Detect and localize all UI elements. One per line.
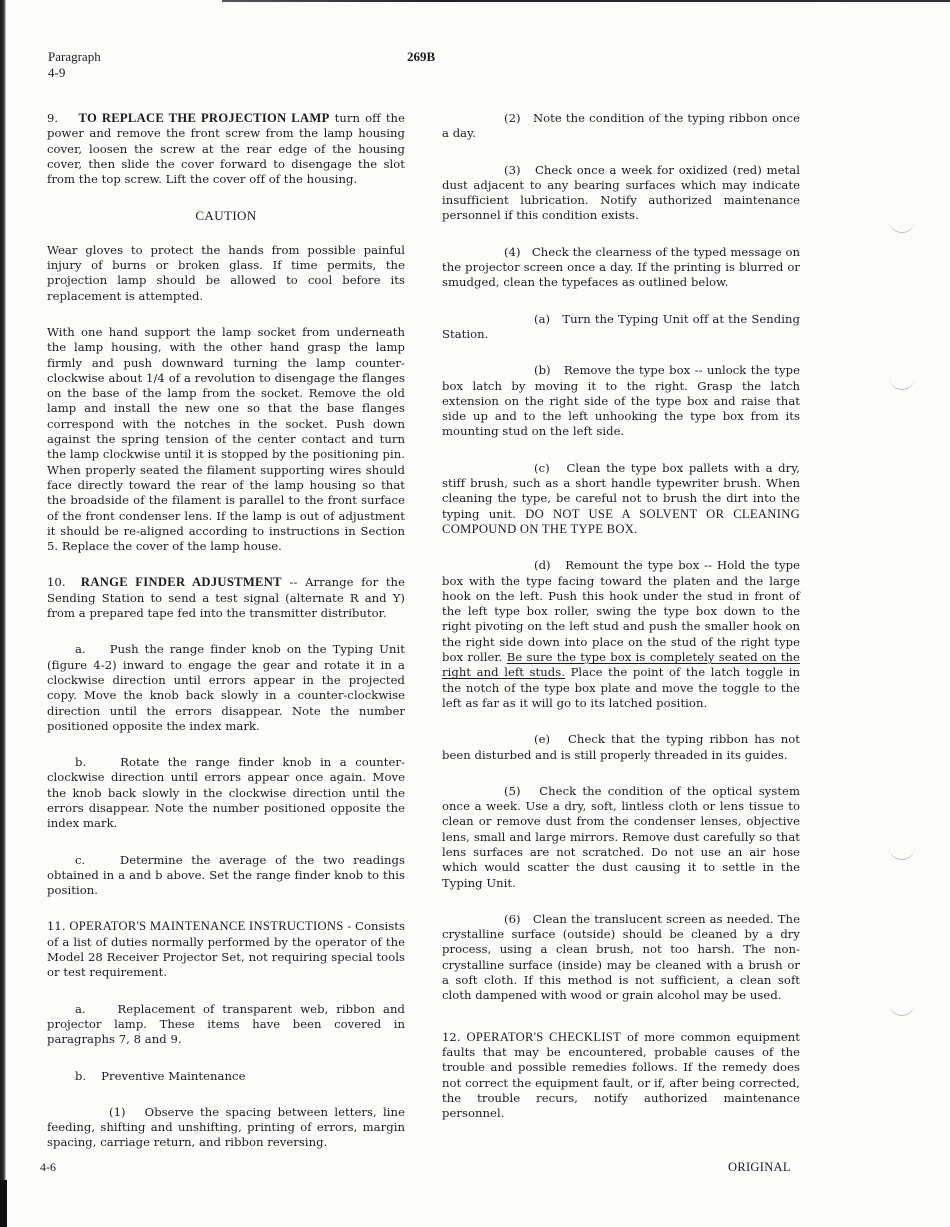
section-title: OPERATOR'S CHECKLIST [466, 1030, 621, 1044]
item-label: (2) [504, 111, 521, 125]
edition-label: ORIGINAL [728, 1160, 791, 1175]
item-text: Check the condition of the optical syste… [442, 784, 800, 890]
item-b4a: (a) Turn the Typing Unit off at the Send… [442, 312, 800, 343]
caution-heading: CAUTION [47, 208, 405, 223]
item-label: (4) [504, 245, 521, 259]
item-text: Push the range finder knob on the Typing… [47, 642, 405, 732]
paragraph-number: 9. [47, 111, 58, 125]
paragraph-11b: b. Preventive Maintenance [47, 1069, 405, 1084]
item-b4c: (c) Clean the type box pallets with a dr… [442, 461, 800, 537]
item-b4b: (b) Remove the type box -- unlock the ty… [442, 363, 800, 439]
item-label: (e) [534, 732, 550, 746]
paragraph-number: 10. [47, 575, 66, 589]
item-label: (6) [504, 912, 521, 926]
section-title: TO REPLACE THE PROJECTION LAMP [78, 111, 329, 125]
item-text: Check that the typing ribbon has not bee… [442, 732, 800, 761]
binder-hole-mark [889, 377, 915, 390]
scan-edge-top [222, 0, 950, 2]
item-text: Determine the average of the two reading… [47, 853, 405, 898]
item-label: (a) [534, 312, 550, 326]
item-b4e: (e) Check that the typing ribbon has not… [442, 732, 800, 763]
item-text: Rotate the range finder knob in a counte… [47, 755, 405, 830]
item-b6: (6) Clean the translucent screen as need… [442, 912, 800, 1004]
paragraph-11b1: (1) Observe the spacing between letters,… [47, 1105, 405, 1151]
paragraph-10c: c. Determine the average of the two read… [47, 853, 405, 899]
paragraph-12: 12. OPERATOR'S CHECKLIST of more common … [442, 1030, 800, 1122]
paragraph-11: 11. OPERATOR'S MAINTENANCE INSTRUCTIONS … [47, 919, 405, 980]
binder-hole-mark [889, 847, 915, 860]
scan-edge-left [0, 0, 6, 1227]
item-b2: (2) Note the condition of the typing rib… [442, 111, 800, 142]
item-b4d: (d) Remount the type box -- Hold the typ… [442, 558, 800, 711]
scan-edge-left-bottom [0, 1180, 7, 1227]
paragraph-number: 11. [47, 919, 66, 933]
item-label: (d) [534, 558, 551, 572]
item-label: (1) [109, 1105, 126, 1119]
item-text: Preventive Maintenance [101, 1069, 245, 1083]
item-label: (c) [534, 461, 550, 475]
item-text: Replacement of transparent web, ribbon a… [47, 1002, 405, 1047]
caution-text: Wear gloves to protect the hands from po… [47, 243, 405, 304]
header-label: Paragraph [48, 49, 101, 65]
item-text: Note the condition of the typing ribbon … [442, 111, 800, 140]
item-text: Remount the type box -- Hold the type bo… [442, 558, 800, 664]
page-number: 4-6 [40, 1160, 56, 1175]
item-label: (5) [504, 784, 521, 798]
paragraph-9: 9. TO REPLACE THE PROJECTION LAMP turn o… [47, 111, 405, 187]
item-label: (b) [534, 363, 551, 377]
paragraph-11a: a. Replacement of transparent web, ribbo… [47, 1002, 405, 1048]
item-label: b. [75, 755, 86, 769]
item-text: Clean the translucent screen as needed. … [442, 912, 800, 1002]
item-text: Check the clearness of the typed message… [442, 245, 800, 290]
item-label: a. [75, 1002, 86, 1016]
item-text: Remove the type box -- unlock the type b… [442, 363, 800, 438]
item-b3: (3) Check once a week for oxidized (red)… [442, 163, 800, 224]
paragraph-number: 12. [442, 1030, 461, 1044]
paragraph-10b: b. Rotate the range finder knob in a cou… [47, 755, 405, 831]
paragraph-10: 10. RANGE FINDER ADJUSTMENT -- Arrange f… [47, 575, 405, 621]
paragraph-10a: a. Push the range finder knob on the Typ… [47, 642, 405, 734]
item-b5: (5) Check the condition of the optical s… [442, 784, 800, 891]
page-header-paragraph: Paragraph 4-9 [48, 49, 101, 81]
binder-hole-mark [889, 1003, 915, 1016]
item-b4: (4) Check the clearness of the typed mes… [442, 245, 800, 291]
section-title: OPERATOR'S MAINTENANCE INSTRUCTIONS [69, 919, 343, 933]
item-label: c. [75, 853, 85, 867]
item-label: (3) [504, 163, 521, 177]
item-label: a. [75, 642, 86, 656]
right-column: (2) Note the condition of the typing rib… [442, 111, 800, 1142]
lamp-install-text: With one hand support the lamp socket fr… [47, 325, 405, 554]
left-column: 9. TO REPLACE THE PROJECTION LAMP turn o… [47, 111, 405, 1172]
header-paragraph-range: 4-9 [48, 65, 101, 81]
document-number: 269B [407, 49, 435, 65]
item-text: Turn the Typing Unit off at the Sending … [442, 312, 800, 341]
item-text: Observe the spacing between letters, lin… [47, 1105, 405, 1150]
binder-hole-mark [889, 220, 915, 233]
item-label: b. [75, 1069, 86, 1083]
section-title: RANGE FINDER ADJUSTMENT [81, 575, 282, 589]
item-text: Check once a week for oxidized (red) met… [442, 163, 800, 223]
